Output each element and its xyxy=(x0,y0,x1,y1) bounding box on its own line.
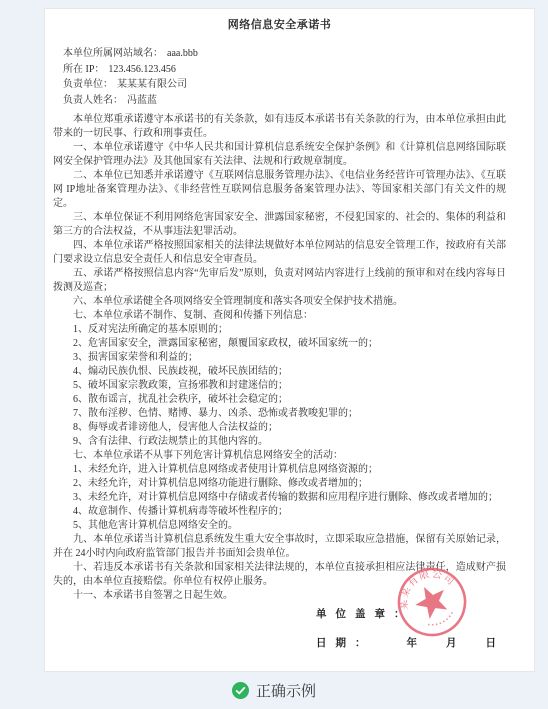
document-paragraph: 三、本单位保证不利用网络危害国家安全、泄露国家秘密，不侵犯国家的、社会的、集体的… xyxy=(53,211,506,239)
document-paragraph: 3、未经允许，对计算机信息网络中存储或者传输的数据和应用程序进行删除、修改或者增… xyxy=(53,491,506,505)
document-title: 网络信息安全承诺书 xyxy=(53,16,506,32)
field-label: 本单位所属网站域名： xyxy=(63,48,163,59)
date-day-label: 日 xyxy=(486,638,497,649)
company-seal-stamp: 某某有限公司 xyxy=(392,562,472,642)
document-paragraph: 2、未经允许，对计算机信息网络功能进行删除、修改或者增加的； xyxy=(53,477,506,491)
document-paragraph: 1、未经允许，进入计算机信息网络或者使用计算机信息网络资源的； xyxy=(53,463,506,477)
document-paragraph: 5、破坏国家宗教政策，宣扬邪教和封建迷信的； xyxy=(53,379,506,393)
document-paragraph: 九、本单位承诺当计算机信息系统发生重大安全事故时，立即采取应急措施，保留有关原始… xyxy=(53,533,506,561)
document-body: 本单位郑重承诺遵守本承诺书的有关条款，如有违反本承诺书有关条款的行为，由本单位承… xyxy=(53,113,506,603)
example-caption: 正确示例 xyxy=(0,680,548,701)
field-label: 所在 IP： xyxy=(63,64,104,75)
document-paragraph: 4、煽动民族仇恨、民族歧视，破坏民族团结的； xyxy=(53,365,506,379)
document-paragraph: 9、含有法律、行政法规禁止的其他内容的。 xyxy=(53,435,506,449)
document-page: 网络信息安全承诺书 本单位所属网站域名：aaa.bbb 所在 IP：123.45… xyxy=(44,8,535,672)
svg-text:某某有限公司: 某某有限公司 xyxy=(392,562,460,615)
document-paragraph: 3、损害国家荣誉和利益的； xyxy=(53,351,506,365)
document-paragraph: 本单位郑重承诺遵守本承诺书的有关条款，如有违反本承诺书有关条款的行为，由本单位承… xyxy=(53,113,506,141)
document-paragraph: 二、本单位已知悉并承诺遵守《互联网信息服务管理办法》、《电信业务经营许可管理办法… xyxy=(53,169,506,211)
stamp-company-text: 某某有限公司 xyxy=(392,562,460,615)
field-line: 所在 IP：123.456.123.456 xyxy=(63,62,506,78)
field-line: 负责单位：某某某有限公司 xyxy=(63,77,506,93)
field-value: 冯蓝蓝 xyxy=(127,95,157,106)
document-paragraph: 8、侮辱或者诽谤他人，侵害他人合法权益的； xyxy=(53,421,506,435)
document-paragraph: 六、本单位承诺健全各项网络安全管理制度和落实各项安全保护技术措施。 xyxy=(53,295,506,309)
document-paragraph: 五、承诺严格按照信息内容“先审后发”原则，负责对网站内容进行上线前的预审和对在线… xyxy=(53,267,506,295)
document-fields: 本单位所属网站域名：aaa.bbb 所在 IP：123.456.123.456 … xyxy=(63,46,506,108)
check-circle-icon xyxy=(232,682,249,699)
document-paragraph: 一、本单位承诺遵守《中华人民共和国计算机信息系统安全保护条例》和《计算机信息网络… xyxy=(53,141,506,169)
document-paragraph: 7、散布淫秽、色情、赌博、暴力、凶杀、恐怖或者教唆犯罪的； xyxy=(53,407,506,421)
field-value: 某某某有限公司 xyxy=(117,79,187,90)
document-paragraph: 七、本单位承诺不从事下列危害计算机信息网络安全的活动： xyxy=(53,449,506,463)
field-value: 123.456.123.456 xyxy=(108,64,176,75)
field-label: 负责人姓名： xyxy=(63,95,123,106)
document-paragraph: 2、危害国家安全，泄露国家秘密，颠覆国家政权，破坏国家统一的； xyxy=(53,337,506,351)
document-paragraph: 5、其他危害计算机信息网络安全的。 xyxy=(53,519,506,533)
field-line: 负责人姓名：冯蓝蓝 xyxy=(63,93,506,109)
caption-label: 正确示例 xyxy=(256,680,316,701)
date-label: 日期： xyxy=(316,638,375,649)
document-paragraph: 七、本单位承诺不制作、复制、查阅和传播下列信息： xyxy=(53,309,506,323)
document-paragraph: 四、本单位承诺严格按照国家相关的法律法规做好本单位网站的信息安全管理工作，按政府… xyxy=(53,239,506,267)
field-label: 负责单位： xyxy=(63,79,113,90)
document-paragraph: 4、故意制作、传播计算机病毒等破坏性程序的； xyxy=(53,505,506,519)
document-paragraph: 1、反对宪法所确定的基本原则的； xyxy=(53,323,506,337)
document-paragraph: 6、散布谣言，扰乱社会秩序，破坏社会稳定的； xyxy=(53,393,506,407)
field-value: aaa.bbb xyxy=(167,48,198,59)
field-line: 本单位所属网站域名：aaa.bbb xyxy=(63,46,506,62)
